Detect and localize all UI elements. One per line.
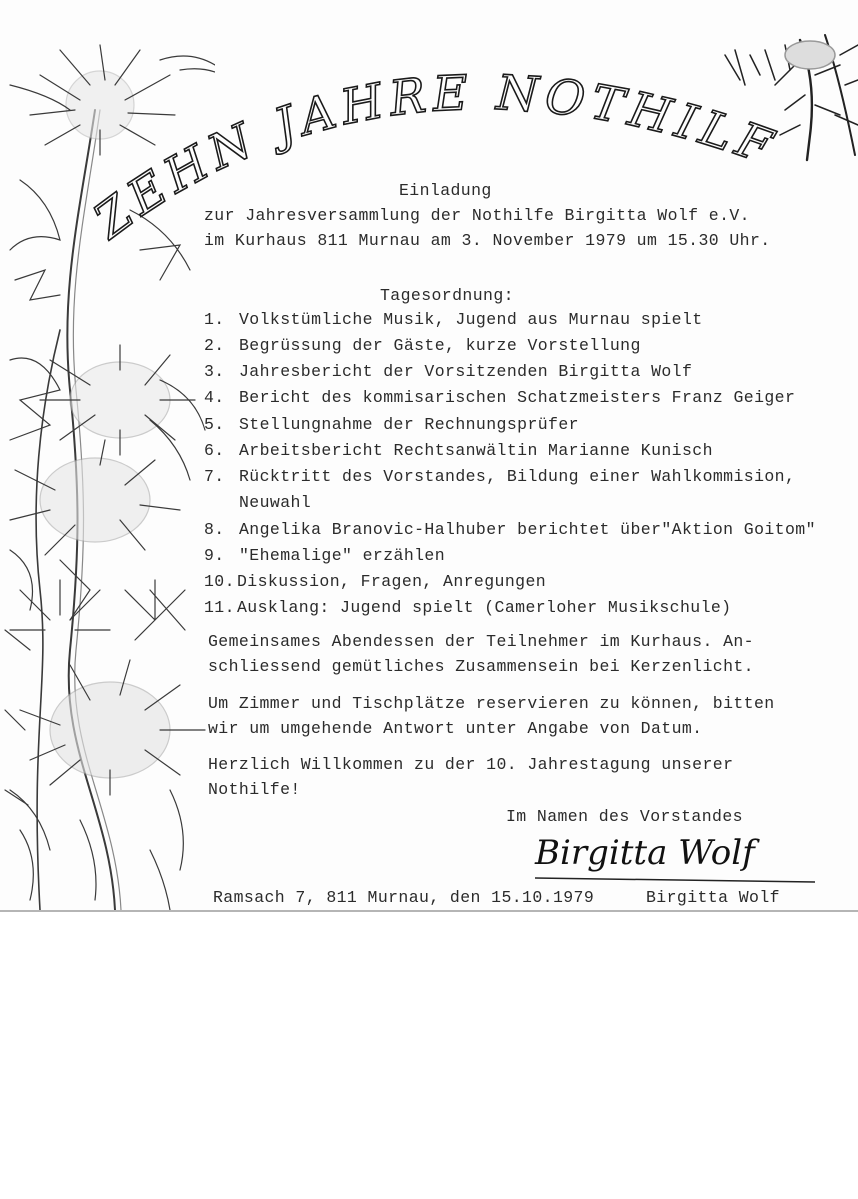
agenda-item: 6.Arbeitsbericht Rechtsanwältin Marianne…	[204, 443, 713, 460]
agenda-item-text: Jahresbericht der Vorsitzenden Birgitta …	[239, 362, 692, 381]
agenda-item-number: 2.	[204, 338, 239, 355]
agenda-item-text: Ausklang: Jugend spielt (Camerloher Musi…	[237, 598, 731, 617]
agenda-item: 8.Angelika Branovic-Halhuber berichtet ü…	[204, 522, 816, 539]
agenda-item-number: 4.	[204, 390, 239, 407]
blank-background	[0, 913, 858, 1199]
agenda-item-text: Arbeitsbericht Rechtsanwältin Marianne K…	[239, 441, 713, 460]
agenda-item: Neuwahl	[204, 495, 311, 512]
agenda-item: 5.Stellungnahme der Rechnungsprüfer	[204, 417, 579, 434]
paragraph-reservation-line-1: Um Zimmer und Tischplätze reservieren zu…	[208, 696, 775, 713]
footer-name: Birgitta Wolf	[646, 890, 780, 907]
agenda-item-number: 1.	[204, 312, 239, 329]
agenda-item-number: 8.	[204, 522, 239, 539]
agenda-item: 10.Diskussion, Fragen, Anregungen	[204, 574, 546, 591]
agenda-item-text: "Ehemalige" erzählen	[239, 546, 445, 565]
agenda-item: 1.Volkstümliche Musik, Jugend aus Murnau…	[204, 312, 703, 329]
agenda-item-number: 7.	[204, 469, 239, 486]
agenda-item: 11.Ausklang: Jugend spielt (Camerloher M…	[204, 600, 731, 617]
agenda-item-text: Stellungnahme der Rechnungsprüfer	[239, 415, 579, 434]
agenda-item-number: 6.	[204, 443, 239, 460]
agenda-item: 9."Ehemalige" erzählen	[204, 548, 445, 565]
closing-line: Im Namen des Vorstandes	[506, 809, 743, 826]
agenda-item: 2.Begrüssung der Gäste, kurze Vorstellun…	[204, 338, 641, 355]
page-edge	[0, 910, 858, 912]
agenda-item-number: 10.	[204, 574, 237, 591]
handwritten-signature: Birgitta Wolf	[525, 828, 825, 888]
paragraph-dinner-line-2: schliessend gemütliches Zusammensein bei…	[208, 659, 754, 676]
agenda-item-number: 5.	[204, 417, 239, 434]
agenda-item-number: 11.	[204, 600, 237, 617]
headline-lettering: ZEHN JAHRE NOTHILFE	[90, 30, 800, 260]
agenda-item: 4.Bericht des kommisarischen Schatzmeist…	[204, 390, 795, 407]
agenda-item: 7.Rücktritt des Vorstandes, Bildung eine…	[204, 469, 795, 486]
agenda-title: Tagesordnung:	[380, 288, 514, 305]
agenda-item-text: Volkstümliche Musik, Jugend aus Murnau s…	[239, 310, 703, 329]
agenda-item: 3.Jahresbericht der Vorsitzenden Birgitt…	[204, 364, 692, 381]
agenda-item-text: Diskussion, Fragen, Anregungen	[237, 572, 546, 591]
agenda-item-number: 3.	[204, 364, 239, 381]
paragraph-dinner-line-1: Gemeinsames Abendessen der Teilnehmer im…	[208, 634, 754, 651]
signature-text: Birgitta Wolf	[534, 833, 760, 873]
intro-line-1: zur Jahresversammlung der Nothilfe Birgi…	[204, 208, 750, 225]
agenda-item-text: Begrüssung der Gäste, kurze Vorstellung	[239, 336, 641, 355]
footer-place-date: Ramsach 7, 811 Murnau, den 15.10.1979	[213, 890, 594, 907]
paragraph-reservation-line-2: wir um umgehende Antwort unter Angabe vo…	[208, 721, 702, 738]
agenda-item-text: Bericht des kommisarischen Schatzmeister…	[239, 388, 795, 407]
paragraph-welcome-line-2: Nothilfe!	[208, 782, 301, 799]
agenda-item-text: Angelika Branovic-Halhuber berichtet übe…	[239, 520, 816, 539]
agenda-item-number: 9.	[204, 548, 239, 565]
agenda-item-text: Neuwahl	[239, 493, 311, 512]
invitation-heading: Einladung	[399, 183, 492, 200]
intro-line-2: im Kurhaus 811 Murnau am 3. November 197…	[204, 233, 771, 250]
paragraph-welcome-line-1: Herzlich Willkommen zu der 10. Jahrestag…	[208, 757, 733, 774]
agenda-item-text: Rücktritt des Vorstandes, Bildung einer …	[239, 467, 795, 486]
